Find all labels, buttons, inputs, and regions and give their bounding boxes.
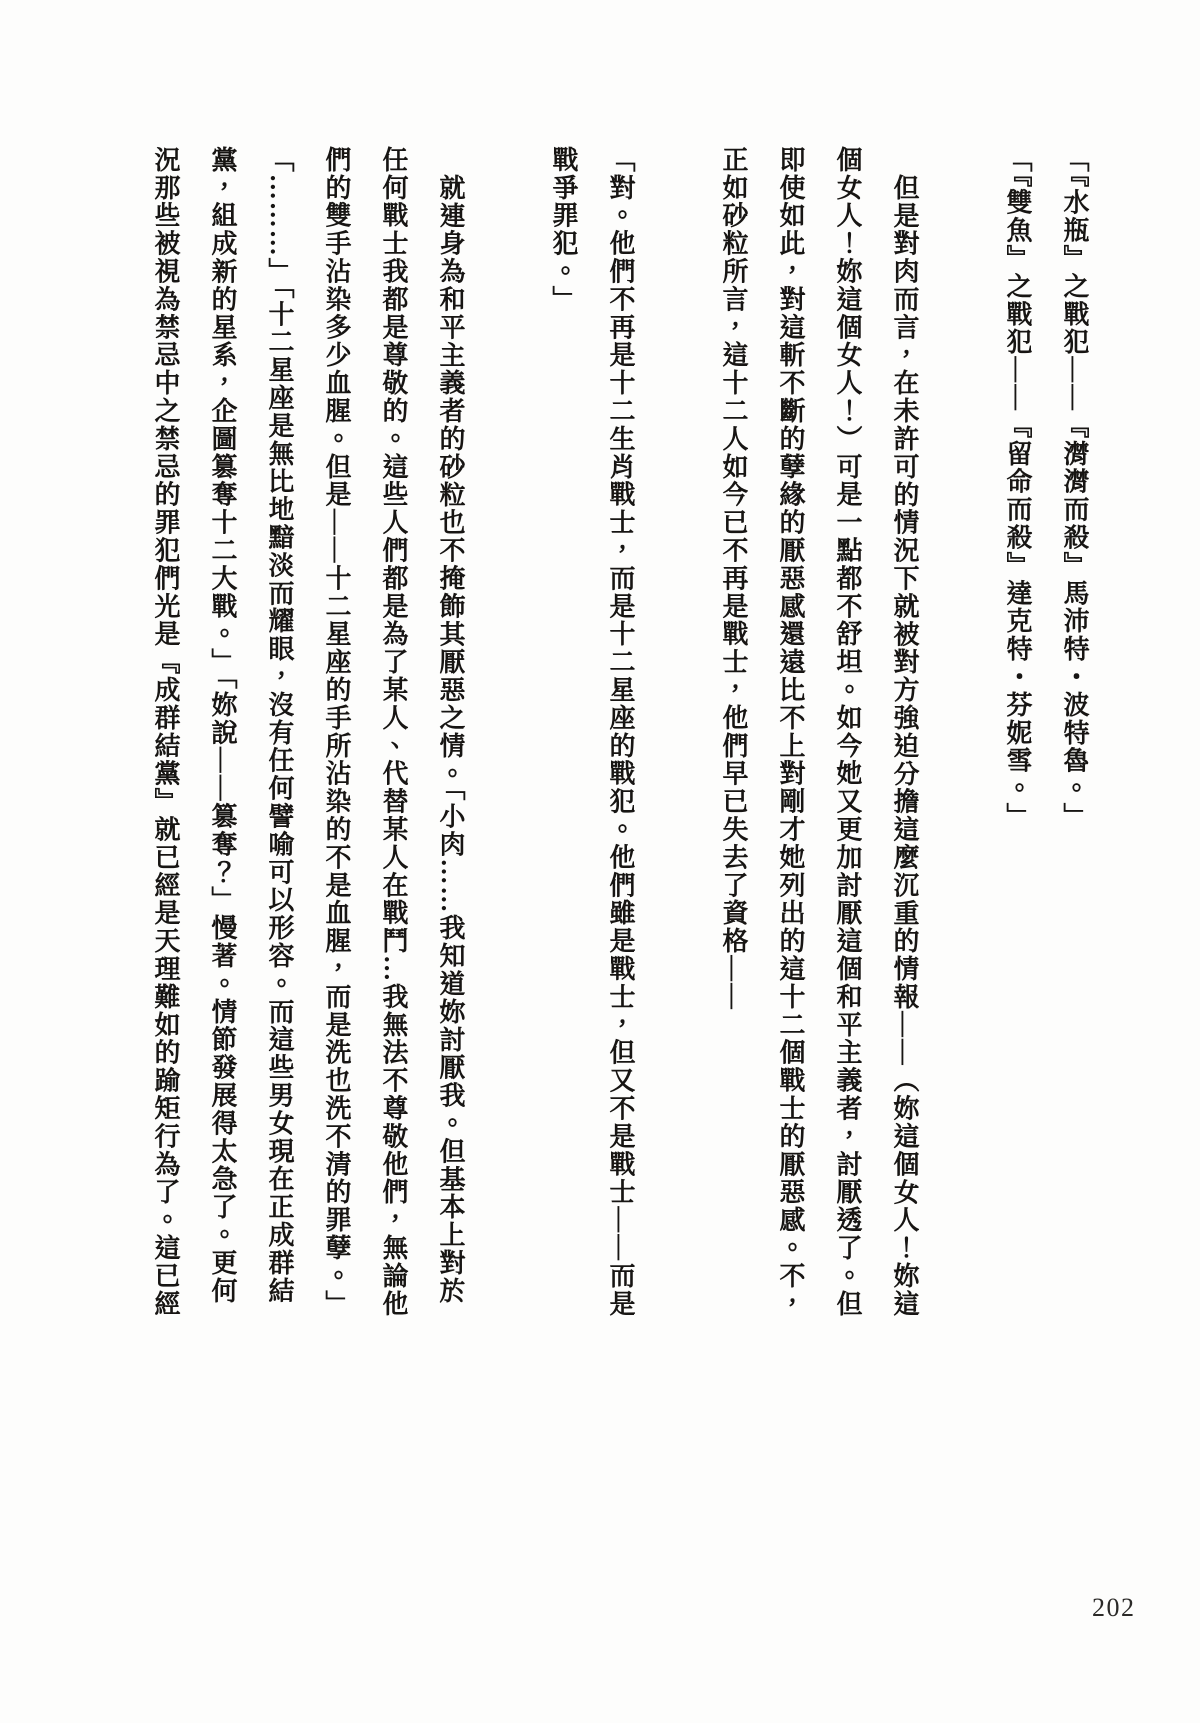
dialogue-war-criminals: 「對。他們不再是十二生肖戰士，而是十二星座的戰犯。他們雖是戰士，但又不是戰士——… — [535, 146, 649, 1322]
book-page: 「『水瓶』之戰犯——『潸潸而殺』馬沛特・波特魯。」 「『雙魚』之戰犯——『留命而… — [0, 0, 1200, 1723]
narration-flesh-disgust: 但是對肉而言，在未許可的情況下就被對方強迫分擔這麼沉重的情報——（妳這個女人！妳… — [705, 146, 933, 1322]
narration-sand-grain-respect: 就連身為和平主義者的砂粒也不掩飾其厭惡之情。「小肉……我知道妳討厭我。但基本上對… — [308, 146, 479, 1322]
page-number: 202 — [1092, 1593, 1136, 1623]
page-text: 「『水瓶』之戰犯——『潸潸而殺』馬沛特・波特魯。」 「『雙魚』之戰犯——『留命而… — [137, 146, 1103, 1322]
war-criminal-list-pisces: 「『雙魚』之戰犯——『留命而殺』達克特・芬妮雪。」 — [989, 146, 1046, 1322]
dialogue-usurp-zodiac-war: 「………」「十二星座是無比地黯淡而耀眼，沒有任何譬喻可以形容。而這些男女現在正成… — [137, 146, 308, 1322]
war-criminal-list-aquarius: 「『水瓶』之戰犯——『潸潸而殺』馬沛特・波特魯。」 — [1046, 146, 1103, 1322]
